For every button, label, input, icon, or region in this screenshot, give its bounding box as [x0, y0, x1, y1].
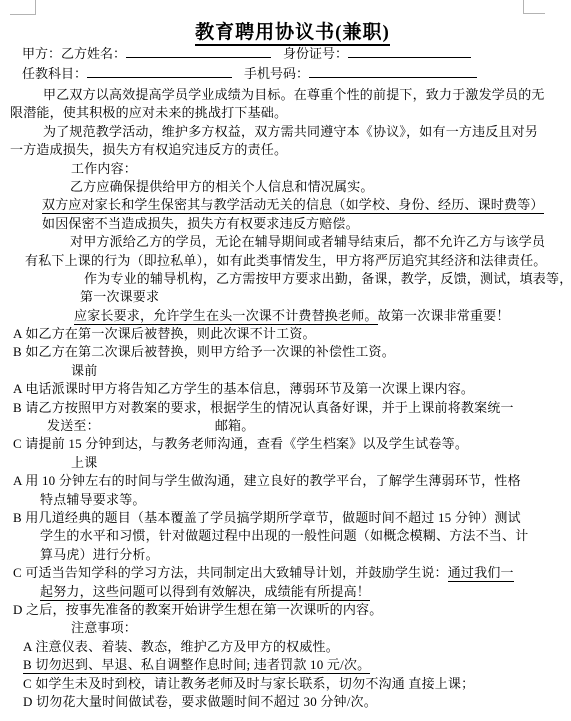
doc-line: 双方应对家长和学生保密其与教学活动无关的信息（如学校、身份、经历、课时费等） — [0, 196, 571, 214]
text: C 可适当告知学科的学习方法，共同制定出大致辅导计划，并鼓励学生说： — [13, 565, 448, 580]
text: 甲乙双方以高效提高学员学业成绩为目标。在尊重个性的前提下，致力于激发学员的无 — [43, 87, 545, 102]
doc-line: A 注意仪表、着装、教态，维护乙方及甲方的权威性。 — [0, 638, 571, 656]
text: 学生的水平和习惯，针对做题过程中出现的一般性问题（如概念模糊、方法不当、计 — [40, 528, 528, 543]
text: B 请乙方按照甲方对教案的要求，根据学生的情况认真备好课，并于上课前将教案统一 — [13, 400, 514, 415]
doc-line: 乙方应确保提供给甲方的相关个人信息和情况属实。 — [0, 178, 571, 196]
text: A 电话派课时甲方将告知乙方学生的基本信息，薄弱环节及第一次课上课内容。 — [13, 381, 474, 396]
text: A 如乙方在第一次课后被替换，则此次课不计工资。 — [13, 326, 316, 341]
doc-line: 上课 — [0, 454, 571, 472]
form-line-subject-phone: 任教科目：手机号码： — [0, 64, 571, 84]
doc-line: 应家长要求，允许学生在头一次课不计费替换老师。故第一次课非常重要！ — [0, 307, 571, 325]
doc-line: A 用 10 分钟左右的时间与学生做沟通，建立良好的教学平台，了解学生薄弱环节，… — [0, 472, 571, 490]
text: 算马虎）进行分析。 — [40, 547, 159, 562]
doc-line: 对甲方派给乙方的学员，无论在辅导期间或者辅导结束后，都不允许乙方与该学员 — [0, 233, 571, 251]
doc-line: D 之后，按事先准备的教案开始讲学生想在第一次课听的内容。 — [0, 601, 571, 619]
document-title-text: 教育聘用协议书(兼职) — [195, 22, 390, 46]
doc-line: 课前 — [0, 362, 571, 380]
text: 为了规范教学活动，维护多方权益，双方需共同遵守本《协议》，如有一方违反且对另 — [43, 124, 538, 139]
text: C 请提前 15 分钟到达，与教务老师沟通，查看《学生档案》以及学生试卷等。 — [13, 436, 468, 451]
doc-line: A 如乙方在第一次课后被替换，则此次课不计工资。 — [0, 325, 571, 343]
text: B 用几道经典的题目（基本覆盖了学员搞学期所学章节，做题时间不超过 15 分钟）… — [13, 510, 521, 525]
doc-line: 如因保密不当造成损失，损失方有权要求违反方赔偿。 — [0, 215, 571, 233]
text: 注意事项： — [71, 620, 137, 635]
underlined-text: 双方应对家长和学生保密其与教学活动无关的信息（如学校、身份、经历、课时费等） — [42, 197, 544, 214]
form-line-name-id: 甲方：乙方姓名：身份证号： — [0, 44, 571, 64]
doc-line: B 切勿迟到、早退、私自调整作息时间; 违者罚款 10 元/次。 — [0, 656, 571, 674]
doc-line: C 可适当告知学科的学习方法，共同制定出大致辅导计划，并鼓励学生说：通过我们一 — [0, 564, 571, 582]
doc-line: 第一次课要求 — [0, 288, 571, 306]
crop-mark-top-left — [10, 0, 36, 15]
text: D 之后，按事先准备的教案开始讲学生想在第一次课听的内容。 — [13, 602, 382, 617]
phone-blank — [309, 64, 477, 78]
text: 有私下上课的行为（即拉私单），如有此类事情发生，甲方将严厉追究其经济和法律责任。 — [25, 253, 547, 268]
doc-line: 为了规范教学活动，维护多方权益，双方需共同遵守本《协议》，如有一方违反且对另 — [0, 123, 571, 141]
doc-line: 发送至：邮箱。 — [0, 417, 571, 435]
doc-line: 注意事项： — [0, 619, 571, 637]
doc-line: A 电话派课时甲方将告知乙方学生的基本信息，薄弱环节及第一次课上课内容。 — [0, 380, 571, 398]
text: 特点辅导要求等。 — [40, 492, 146, 507]
doc-line: D 切勿花大量时间做试卷，要求做题时间不超过 30 分钟/次。 — [0, 693, 571, 711]
doc-line: C 如学生未及时到校，请让教务老师及时与家长联系，切勿不沟通 直接上课； — [0, 675, 571, 693]
doc-line: 有私下上课的行为（即拉私单），如有此类事情发生，甲方将严厉追究其经济和法律责任。 — [0, 252, 571, 270]
text: 乙方应确保提供给甲方的相关个人信息和情况属实。 — [70, 179, 374, 194]
blank-gap — [100, 429, 215, 430]
party-name-blank — [126, 44, 271, 58]
text: 如因保密不当造成损失，损失方有权要求违反方赔偿。 — [42, 216, 359, 231]
doc-line: C 请提前 15 分钟到达，与教务老师沟通，查看《学生档案》以及学生试卷等。 — [0, 435, 571, 453]
document-title: 教育聘用协议书(兼职) — [0, 22, 571, 44]
phone-label: 手机号码： — [244, 66, 309, 81]
underlined-text: B 切勿迟到、早退、私自调整作息时间; 违者罚款 10 元/次。 — [23, 657, 370, 674]
doc-line: 甲乙双方以高效提高学员学业成绩为目标。在尊重个性的前提下，致力于激发学员的无 — [0, 86, 571, 104]
text: A 注意仪表、着装、教态，维护乙方及甲方的权威性。 — [23, 639, 339, 654]
text: 第一次课要求 — [80, 289, 159, 304]
doc-line: 一方造成损失，损失方有权追究违反方的责任。 — [0, 141, 571, 159]
underlined-text: 应家长要求，允许学生在头一次课不计费替换老师。 — [74, 308, 378, 325]
doc-line: 作为专业的辅导机构，乙方需按甲方要求出勤，备课，教学，反馈，测试，填表等， — [0, 270, 571, 288]
text: 工作内容： — [71, 161, 137, 176]
subject-label: 任教科目： — [22, 66, 87, 81]
text: B 如乙方在第二次课后被替换，则甲方给予一次课的补偿性工资。 — [13, 344, 395, 359]
text: D 切勿花大量时间做试卷，要求做题时间不超过 30 分钟/次。 — [23, 694, 377, 709]
text: 一方造成损失，损失方有权追究违反方的责任。 — [10, 142, 287, 157]
text: 邮箱。 — [215, 418, 255, 433]
subject-blank — [87, 64, 232, 78]
text: 对甲方派给乙方的学员，无论在辅导期间或者辅导结束后，都不允许乙方与该学员 — [70, 234, 545, 249]
underlined-text: 通过我们一 — [448, 565, 514, 582]
text: 作为专业的辅导机构，乙方需按甲方要求出勤，备课，教学，反馈，测试，填表等， — [84, 271, 571, 286]
crop-mark-top-right — [523, 0, 545, 14]
text: 限潜能，使其积极的应对未来的挑战打下基础。 — [10, 105, 287, 120]
doc-line: 工作内容： — [0, 160, 571, 178]
doc-line: B 用几道经典的题目（基本覆盖了学员搞学期所学章节，做题时间不超过 15 分钟）… — [0, 509, 571, 527]
text: A 用 10 分钟左右的时间与学生做沟通，建立良好的教学平台，了解学生薄弱环节，… — [13, 473, 521, 488]
text: 发送至： — [47, 418, 100, 433]
id-number-blank — [348, 44, 471, 58]
id-number-label: 身份证号： — [283, 46, 348, 61]
party-name-label: 甲方：乙方姓名： — [22, 46, 126, 61]
doc-line: 学生的水平和习惯，针对做题过程中出现的一般性问题（如概念模糊、方法不当、计 — [0, 527, 571, 545]
doc-line: 算马虎）进行分析。 — [0, 546, 571, 564]
document-body: 甲乙双方以高效提高学员学业成绩为目标。在尊重个性的前提下，致力于激发学员的无限潜… — [0, 86, 571, 711]
doc-line: 起努力，这些问题可以得到有效解决，成绩能有所提高！ — [0, 583, 571, 601]
text: 课前 — [71, 363, 97, 378]
doc-line: 限潜能，使其积极的应对未来的挑战打下基础。 — [0, 104, 571, 122]
doc-line: 特点辅导要求等。 — [0, 491, 571, 509]
underlined-text: 起努力，这些问题可以得到有效解决，成绩能有所提高！ — [40, 584, 370, 601]
doc-line: B 如乙方在第二次课后被替换，则甲方给予一次课的补偿性工资。 — [0, 343, 571, 361]
text: C 如学生未及时到校，请让教务老师及时与家长联系，切勿不沟通 直接上课； — [23, 676, 474, 691]
text: 故第一次课非常重要！ — [378, 308, 510, 323]
document-page: 教育聘用协议书(兼职) 甲方：乙方姓名：身份证号： 任教科目：手机号码： 甲乙双… — [0, 0, 571, 711]
doc-line: B 请乙方按照甲方对教案的要求，根据学生的情况认真备好课，并于上课前将教案统一 — [0, 399, 571, 417]
text: 上课 — [71, 455, 97, 470]
